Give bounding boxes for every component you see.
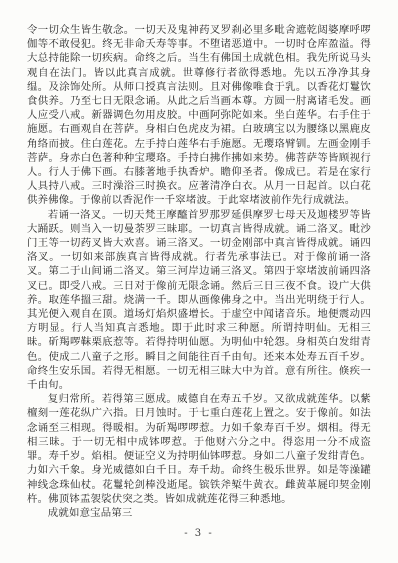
text-block: 令一切众生皆生敬念。一切天及鬼神药叉罗刹必里多毗舍遮乾闼婆摩呼啰伽等不敢侵犯。终…	[27, 23, 371, 520]
paragraph-1: 令一切众生皆生敬念。一切天及鬼神药叉罗刹必里多毗舍遮乾闼婆摩呼啰伽等不敢侵犯。终…	[27, 23, 371, 208]
page-number: - 3 -	[27, 528, 371, 539]
paragraph-3: 复归常所。若得第三愿成。威德自在寿五千岁。又欲成就莲华。以紫檀刻一莲花纵广六指。…	[27, 392, 371, 506]
document-page: 令一切众生皆生敬念。一切天及鬼神药叉罗刹必里多毗舍遮乾闼婆摩呼啰伽等不敢侵犯。终…	[0, 0, 398, 563]
paragraph-2: 若诵一洛叉。一切天梵王摩醯首罗那罗延俱摩罗七母天及迦楼罗等皆大踊跃。则当入一切曼…	[27, 208, 371, 393]
section-title: 成就如意宝品第三	[27, 506, 371, 520]
